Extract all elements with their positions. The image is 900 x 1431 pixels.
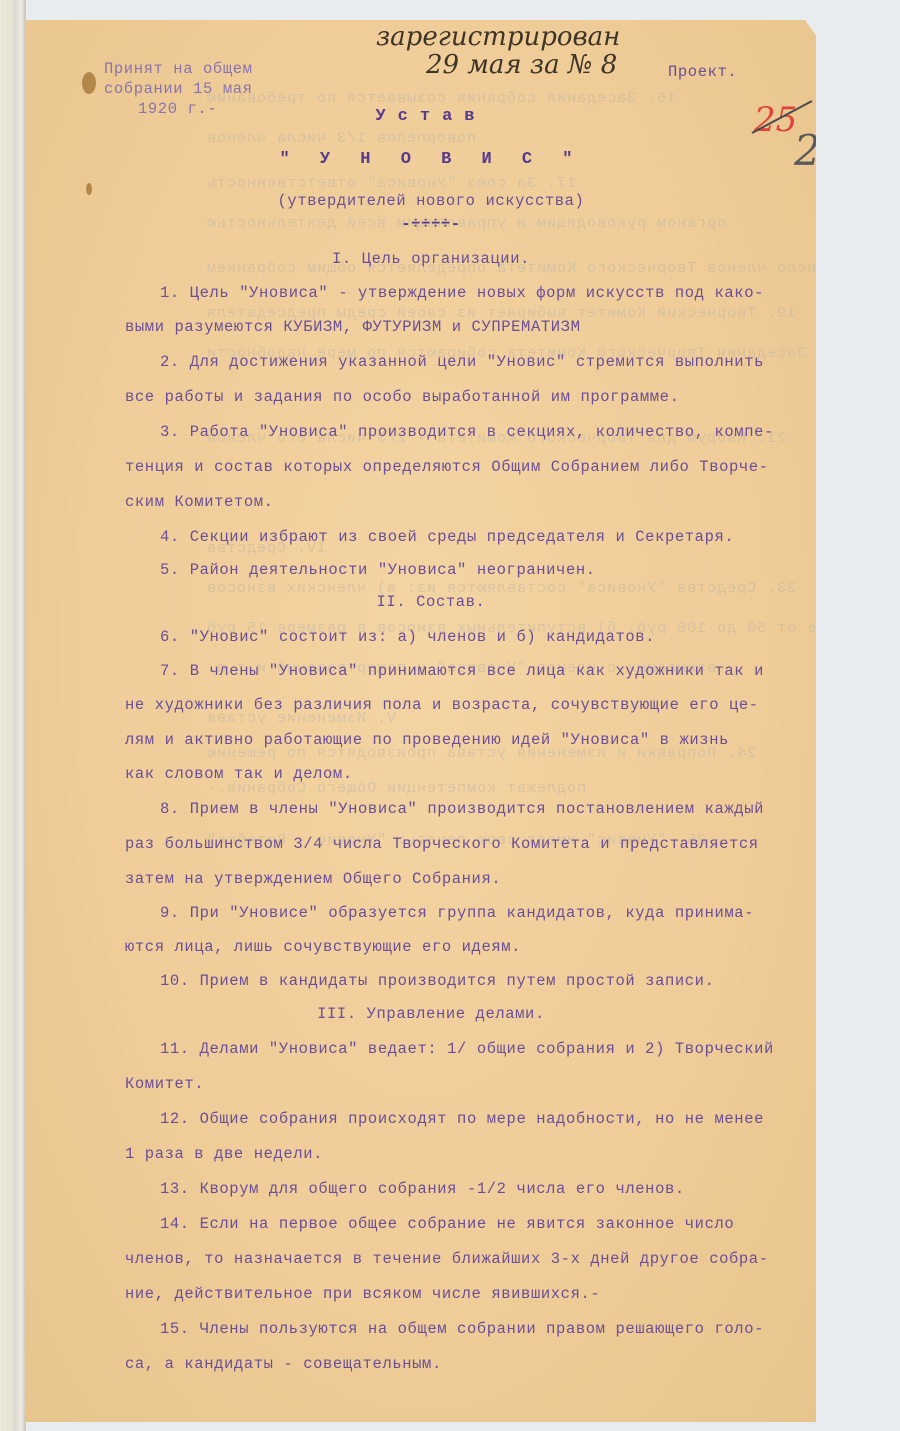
paragraph-14-line-2: членов, то назначается в течение ближайш…	[125, 1250, 769, 1268]
paragraph-15-line-1: 15. Члены пользуются на общем собрании п…	[160, 1320, 764, 1338]
paragraph-8-line-1: 8. Прием в члены "Уновиса" производится …	[160, 800, 764, 818]
handwritten-registration-line-2: 29 мая за № 8	[426, 50, 617, 80]
paragraph-5-line-1: 5. Район деятельности "Уновиса" неограни…	[160, 561, 596, 579]
paragraph-7-line-4: как словом так и делом.	[125, 765, 353, 783]
paragraph-2-line-1: 2. Для достижения указанной цели "Уновис…	[160, 353, 764, 371]
draft-label: Проект.	[668, 63, 737, 81]
section-heading-3: III. Управление делами.	[26, 1005, 816, 1023]
ink-stain	[82, 72, 96, 94]
paragraph-8-line-2: раз большинством 3/4 числа Творческого К…	[125, 835, 759, 853]
section-heading-1: I. Цель организации.	[26, 250, 816, 268]
section-heading-2: II. Состав.	[26, 593, 816, 611]
paragraph-1-line-2: выми разумеются КУБИЗМ, ФУТУРИЗМ и СУПРЕ…	[125, 318, 580, 336]
title-divider: -÷÷÷÷-	[26, 215, 816, 233]
paragraph-8-line-3: затем на утверждением Общего Собрания.	[125, 870, 501, 888]
document-subtitle: (утвердителей нового искусства)	[26, 192, 816, 210]
paragraph-11-line-2: Комитет.	[125, 1075, 204, 1093]
paragraph-11-line-1: 11. Делами "Уновиса" ведает: 1/ общие со…	[160, 1040, 774, 1058]
paragraph-12-line-2: 1 раза в две недели.	[125, 1145, 323, 1163]
paragraph-9-line-2: ются лица, лишь сочувствующие его идеям.	[125, 938, 521, 956]
paragraph-1-line-1: 1. Цель "Уновиса" - утверждение новых фо…	[160, 284, 764, 302]
bleed-through-text: 16. Заседания собрания созывается по тре…	[206, 90, 676, 107]
paragraph-7-line-2: не художники без различия пола и возраст…	[125, 696, 759, 714]
approval-note-line-2: собрании 15 мая	[104, 80, 253, 98]
paragraph-9-line-1: 9. При "Уновисе" образуется группа канди…	[160, 904, 754, 922]
binder-edge	[14, 0, 26, 1431]
paragraph-7-line-3: лям и активно работающие по проведению и…	[125, 731, 729, 749]
paragraph-2-line-2: все работы и задания по особо выработанн…	[125, 388, 679, 406]
paragraph-3-line-1: 3. Работа "Уновиса" производится в секци…	[160, 423, 774, 441]
approval-note-line-1: Принят на общем	[104, 60, 253, 78]
paragraph-4-line-1: 4. Секции избрают из своей среды председ…	[160, 528, 734, 546]
handwritten-registration-line-1: зарегистрирован	[376, 22, 620, 52]
paragraph-14-line-1: 14. Если на первое общее собрание не яви…	[160, 1215, 734, 1233]
paragraph-3-line-2: тенция и состав которых определяются Общ…	[125, 458, 769, 476]
paragraph-6-line-1: 6. "Уновис" состоит из: а) членов и б) к…	[160, 628, 655, 646]
bleed-through-text: 17. За союз "Уновиса" ответственность	[206, 175, 576, 192]
paragraph-14-line-3: ние, действительное при всяком числе яви…	[125, 1285, 600, 1303]
paragraph-3-line-3: ским Комитетом.	[125, 493, 274, 511]
paragraph-13-line-1: 13. Кворум для общего собрания -1/2 числ…	[160, 1180, 685, 1198]
paragraph-10-line-1: 10. Прием в кандидаты производится путем…	[160, 972, 714, 990]
document-page: 16. Заседания собрания созывается по тре…	[26, 20, 816, 1422]
organization-name: " У Н О В И С "	[26, 150, 816, 169]
paragraph-7-line-1: 7. В члены "Уновиса" принимаются все лиц…	[160, 662, 764, 680]
bleed-through-text: поворпелов 1/3 числа членов	[206, 130, 476, 147]
paragraph-12-line-1: 12. Общие собрания происходят по мере на…	[160, 1110, 764, 1128]
document-title: Устав	[26, 107, 816, 126]
paragraph-15-line-2: са, а кандидаты - совещательным.	[125, 1355, 442, 1373]
